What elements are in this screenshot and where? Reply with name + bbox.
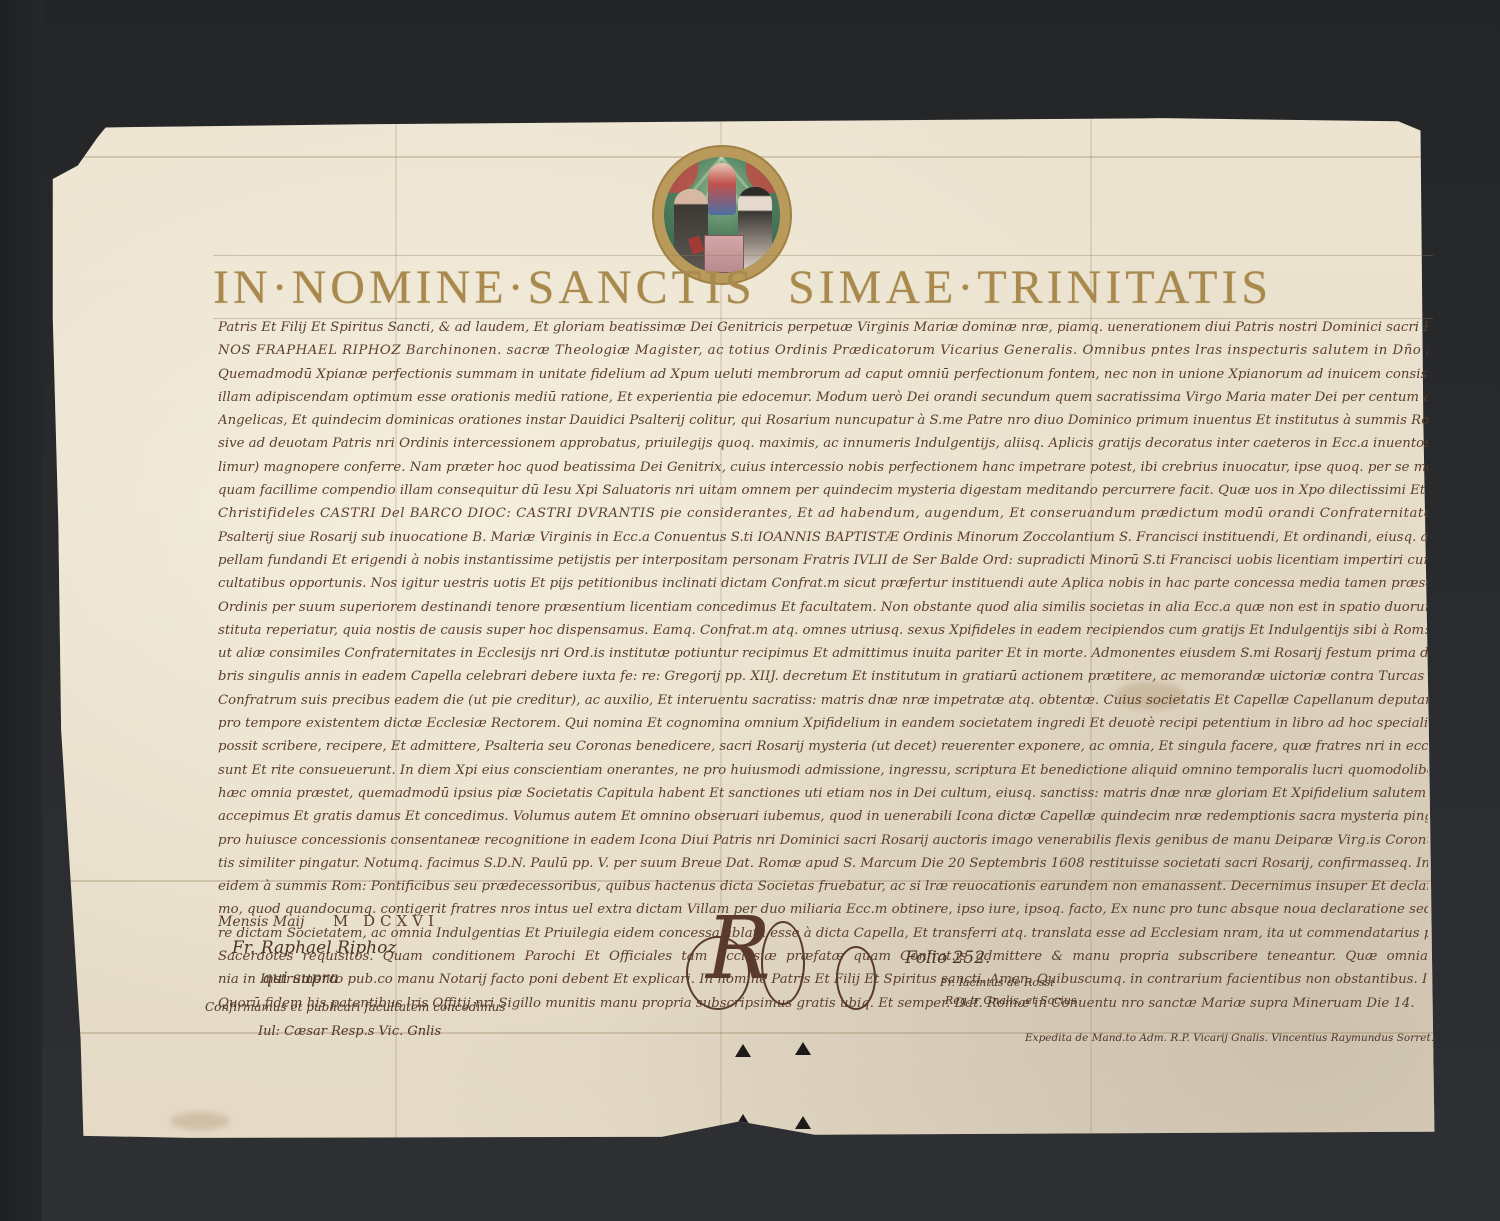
- monogram-flourish: R: [686, 906, 886, 1016]
- text-line: pro huiusce concessionis consentaneæ rec…: [218, 829, 1428, 852]
- signature-vicar: Iul: Cæsar Resp.s Vic. Gnlis: [258, 1024, 441, 1039]
- text-line: quam facillime compendio illam consequit…: [218, 479, 1428, 502]
- text-line: ut aliæ consimiles Confraternitates in E…: [218, 642, 1428, 665]
- text-line: accepimus Et gratis damus Et concedimus.…: [218, 805, 1428, 828]
- stain: [170, 1112, 230, 1130]
- virgin-figure-icon: [708, 163, 736, 215]
- title-left: IN·NOMINE·SANCTIS: [213, 260, 756, 315]
- signature-registrar: Fr. Iacintus de Rossi: [940, 976, 1054, 989]
- text-line: sunt Et rite consueuerunt. In diem Xpi e…: [218, 759, 1428, 782]
- text-line: tis similiter pingatur. Notumq. facimus …: [218, 852, 1428, 875]
- backdrop-edge: [0, 0, 42, 1221]
- seal-hole: [735, 1044, 751, 1057]
- text-line: NOS FRAPHAEL RIPHOZ Barchinonen. sacræ T…: [218, 339, 1428, 362]
- signature-confirmation: Confirmamus et publicari facultatem conc…: [205, 1000, 506, 1014]
- title-right: SIMAE·TRINITATIS: [788, 260, 1272, 315]
- text-line: Christifideles CASTRI Del BARCO DIOC: CA…: [218, 502, 1428, 525]
- text-line: Psalterij siue Rosarij sub inuocatione B…: [218, 526, 1428, 549]
- date-line: Mensis Maij M DCXVI: [218, 912, 439, 930]
- date-year: M DCXVI: [333, 912, 439, 930]
- text-line: limur) magnopere conferre. Nam præter ho…: [218, 456, 1428, 479]
- text-line: pellam fundandi Et erigendi à nobis inst…: [218, 549, 1428, 572]
- flourish-swirl: [761, 921, 805, 1005]
- signature-qui-supra: qui supra: [262, 968, 339, 987]
- text-line: Quemadmodū Xpianæ perfectionis summam in…: [218, 363, 1428, 386]
- text-line: bris singulis annis in eadem Capella cel…: [218, 665, 1428, 688]
- text-line: Angelicas, Et quindecim dominicas oratio…: [218, 409, 1428, 432]
- signature-expedita: Expedita de Mand.to Adm. R.P. Vicarij Gn…: [1025, 1032, 1434, 1044]
- signature-registrar-title: Reg.tr Gnalis, et Socius: [945, 994, 1077, 1007]
- text-line: eidem à summis Rom: Pontificibus seu præ…: [218, 875, 1428, 898]
- text-line: illam adipiscendam optimum esse orationi…: [218, 386, 1428, 409]
- text-line: Patris Et Filij Et Spiritus Sancti, & ad…: [218, 316, 1428, 339]
- text-line: sive ad deuotam Patris nri Ordinis inter…: [218, 432, 1428, 455]
- text-line: Ordinis per suum superiorem destinandi t…: [218, 596, 1428, 619]
- flourish-swirl: [686, 936, 750, 1010]
- seal-hole: [795, 1042, 811, 1055]
- text-line: hæc omnia præstet, quemadmodū ipsius piæ…: [218, 782, 1428, 805]
- flourish-swirl: [836, 946, 876, 1010]
- seal-hole: [795, 1116, 811, 1129]
- signature-riphoz: Fr. Raphael Riphoz: [232, 938, 396, 958]
- folio-number: Folio 252.: [905, 948, 990, 968]
- text-line: pro tempore existentem dictæ Ecclesiæ Re…: [218, 712, 1428, 735]
- text-line: Confratrum suis precibus eadem die (ut p…: [218, 689, 1428, 712]
- document-title: IN·NOMINE·SANCTIS SIMAE·TRINITATIS: [213, 255, 1433, 319]
- text-line: cultatibus opportunis. Nos igitur uestri…: [218, 572, 1428, 595]
- text-line: possit scribere, recipere, Et admittere,…: [218, 735, 1428, 758]
- date-month: Mensis Maij: [218, 914, 304, 930]
- text-line: stituta reperiatur, quia nostis de causi…: [218, 619, 1428, 642]
